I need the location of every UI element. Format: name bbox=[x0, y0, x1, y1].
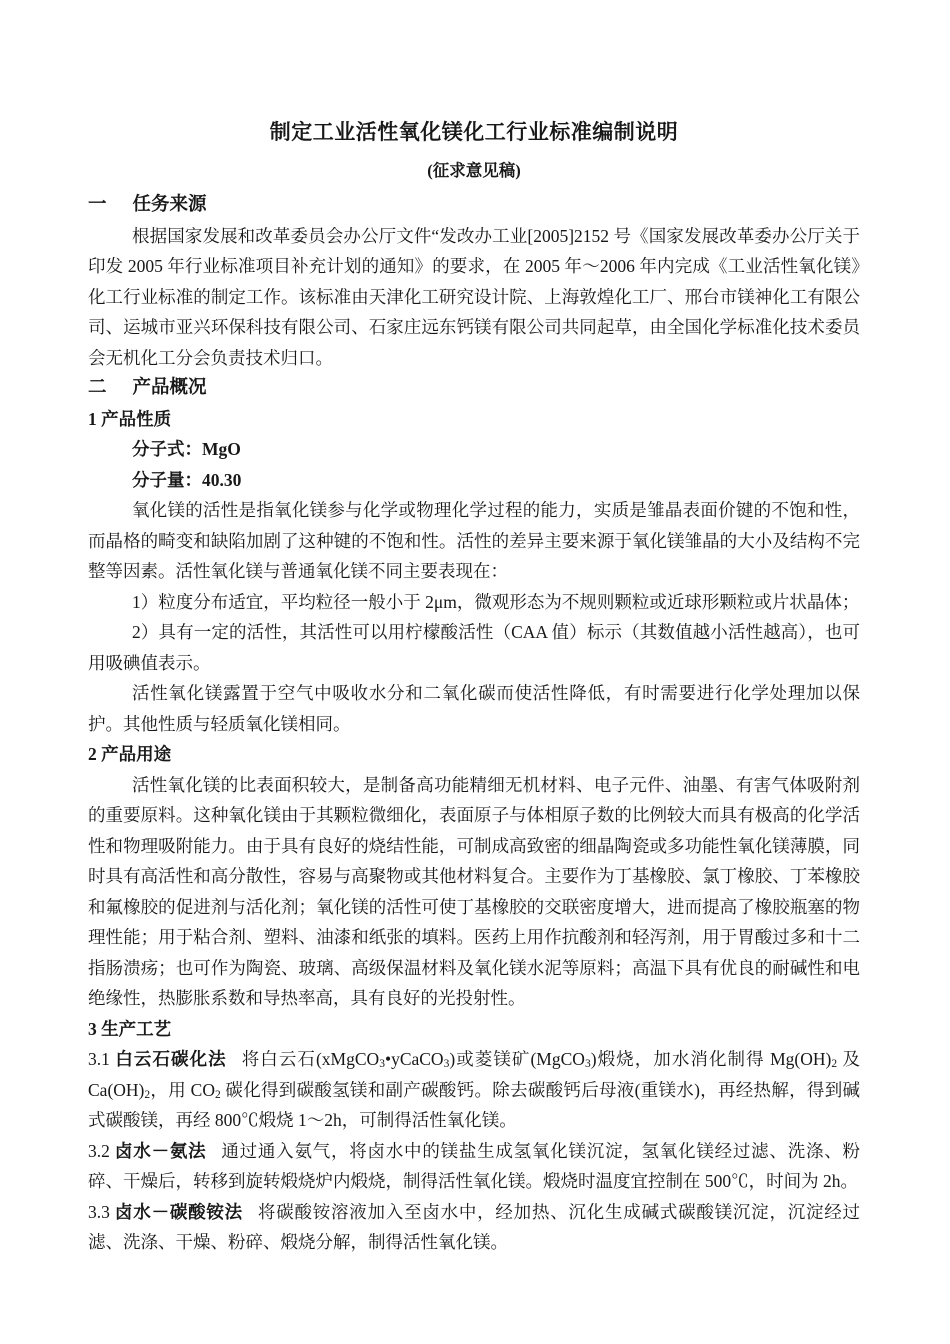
subsection-heading-product-uses: 2 产品用途 bbox=[88, 739, 860, 770]
para-process-brine-ammonium-carbonate: 3.3 卤水－碳酸铵法将碳酸铵溶液加入至卤水中，经加热、沉化生成碱式碳酸镁沉淀，… bbox=[88, 1197, 860, 1258]
section-heading-task-source: 一任务来源 bbox=[88, 190, 860, 221]
document-body: 一任务来源根据国家发展和改革委员会办公厅文件“发改办工业[2005]2152 号… bbox=[88, 190, 860, 1258]
list-item-particle-size: 1）粒度分布适宜，平均粒径一般小于 2μm，微观形态为不规则颗粒或近球形颗粒或片… bbox=[88, 587, 860, 618]
para-process-brine-ammonia: 3.2 卤水－氨法通过通入氨气，将卤水中的镁盐生成氢氧化镁沉淀，氢氧化镁经过滤、… bbox=[88, 1136, 860, 1197]
para-task-source: 根据国家发展和改革委员会办公厅文件“发改办工业[2005]2152 号《国家发展… bbox=[88, 221, 860, 374]
section-heading-product-overview: 二产品概况 bbox=[88, 373, 860, 404]
subsection-heading-production-process: 3 生产工艺 bbox=[88, 1014, 860, 1045]
list-item-activity: 2）具有一定的活性，其活性可以用柠檬酸活性（CAA 值）标示（其数值越小活性越高… bbox=[88, 617, 860, 678]
para-air-exposure: 活性氧化镁露置于空气中吸收水分和二氧化碳而使活性降低，有时需要进行化学处理加以保… bbox=[88, 678, 860, 739]
para-product-uses: 活性氧化镁的比表面积较大，是制备高功能精细无机材料、电子元件、油墨、有害气体吸附… bbox=[88, 770, 860, 1014]
para-activity-definition: 氧化镁的活性是指氧化镁参与化学或物理化学过程的能力，实质是雏晶表面价键的不饱和性… bbox=[88, 495, 860, 587]
para-process-dolomite-carbonization: 3.1 白云石碳化法将白云石(xMgCO3•yCaCO3)或菱镁矿(MgCO3)… bbox=[88, 1044, 860, 1136]
molecular-formula-line: 分子式：MgO bbox=[88, 434, 860, 465]
document-page: 制定工业活性氧化镁化工行业标准编制说明 (征求意见稿) 一任务来源根据国家发展和… bbox=[0, 0, 950, 1344]
molecular-weight-line: 分子量：40.30 bbox=[88, 465, 860, 496]
subsection-heading-product-properties: 1 产品性质 bbox=[88, 404, 860, 435]
document-subtitle: (征求意见稿) bbox=[88, 157, 860, 185]
document-title: 制定工业活性氧化镁化工行业标准编制说明 bbox=[88, 116, 860, 148]
